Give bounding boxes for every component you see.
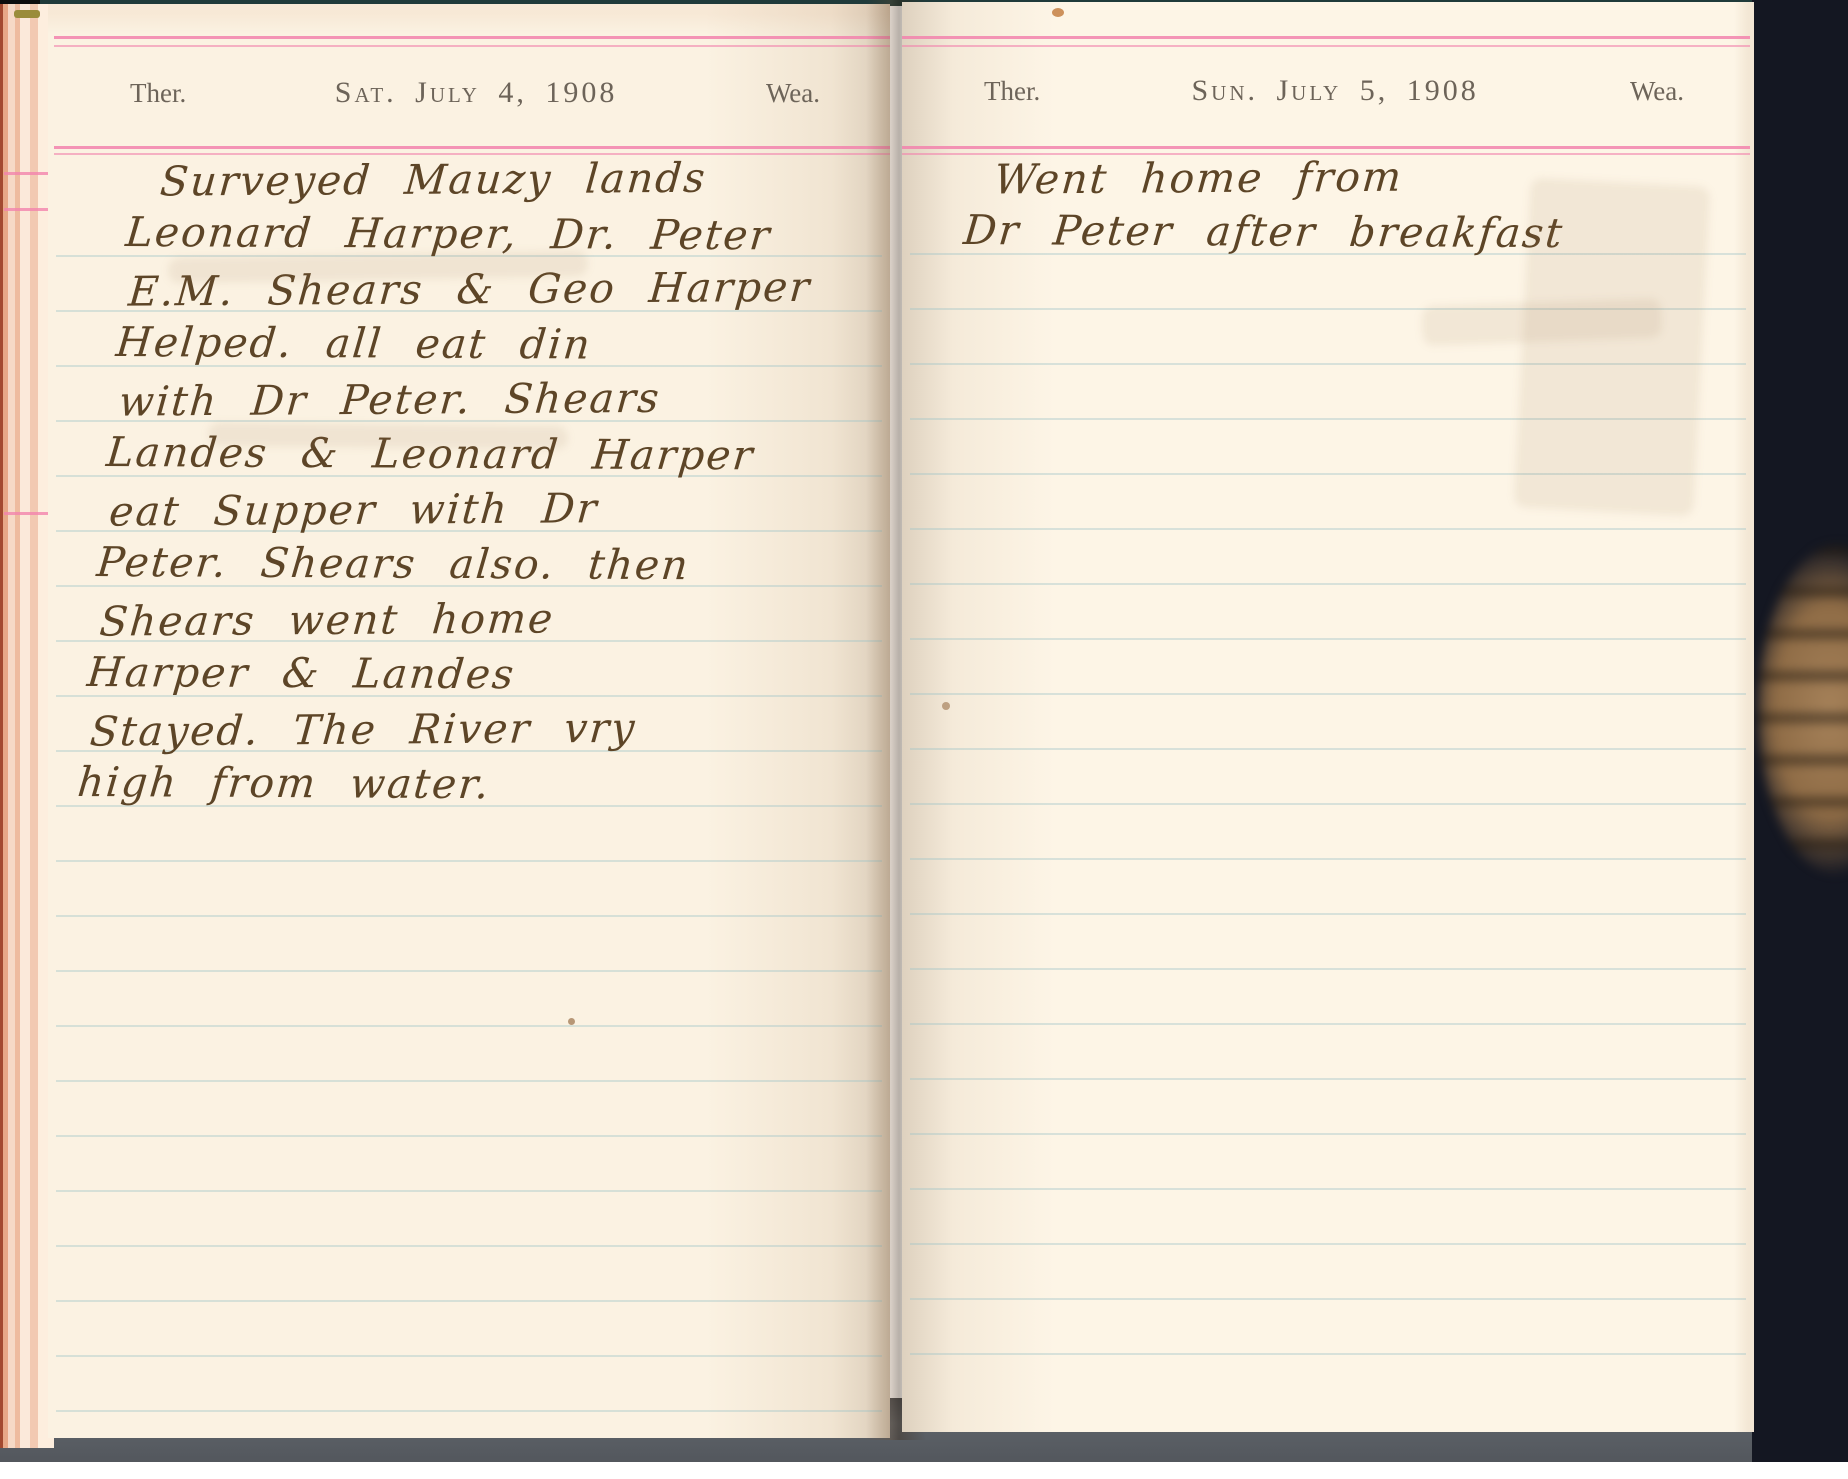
show-through-smudge	[1421, 298, 1662, 346]
page-edges-stack	[0, 4, 54, 1448]
pink-rule-top2	[54, 45, 890, 47]
diary-entry: Surveyed Mauzy lands Leonard Harper, Dr.…	[83, 152, 889, 812]
page-edge-rule-mark	[4, 208, 50, 211]
entry-line: Stayed. The River vry	[88, 699, 841, 759]
scan-white-margin	[0, 1462, 1848, 1479]
entry-line: Surveyed Mauzy lands	[158, 149, 889, 209]
page-header: Ther. Sat. July 4, 1908 Wea.	[48, 76, 890, 110]
entry-line: high from water.	[75, 755, 836, 814]
scanned-diary-photo: Ther. Sat. July 4, 1908 Wea. Surveyed Ma…	[0, 0, 1848, 1479]
stain	[568, 1018, 575, 1025]
stain	[1052, 8, 1064, 17]
stain	[942, 702, 950, 710]
pink-rule-top	[54, 36, 890, 39]
page-edge-rule-mark	[4, 172, 50, 175]
ther-label: Ther.	[984, 76, 1040, 107]
pink-rule-header	[54, 146, 890, 149]
entry-line: Shears went home	[98, 589, 851, 649]
clasp-stripes	[1758, 545, 1848, 875]
scan-right-backdrop	[1752, 0, 1848, 1462]
page-edge-rule-mark	[4, 512, 50, 515]
entry-line: with Dr Peter. Shears	[117, 369, 870, 429]
right-page: Ther. Sun. July 5, 1908 Wea. Went home f…	[902, 2, 1754, 1432]
entry-line: Peter. Shears also. then	[94, 535, 855, 594]
date-label: Sat. July 4, 1908	[186, 76, 766, 110]
wea-label: Wea.	[1630, 76, 1684, 107]
wea-label: Wea.	[766, 78, 820, 109]
entry-line: Helped. all eat din	[114, 315, 875, 374]
ther-label: Ther.	[130, 78, 186, 109]
pink-rule-top	[902, 36, 1750, 39]
show-through-smudge	[1513, 178, 1710, 517]
entry-line: eat Supper with Dr	[107, 479, 860, 539]
date-label: Sun. July 5, 1908	[1040, 74, 1630, 108]
stain	[14, 10, 40, 18]
page-header: Ther. Sun. July 5, 1908 Wea.	[902, 74, 1754, 108]
left-page: Ther. Sat. July 4, 1908 Wea. Surveyed Ma…	[48, 4, 890, 1438]
show-through-smudge	[208, 422, 568, 450]
book-clasp-blur	[1758, 545, 1848, 875]
entry-line: Harper & Landes	[85, 645, 846, 704]
pink-rule-top2	[902, 45, 1750, 47]
